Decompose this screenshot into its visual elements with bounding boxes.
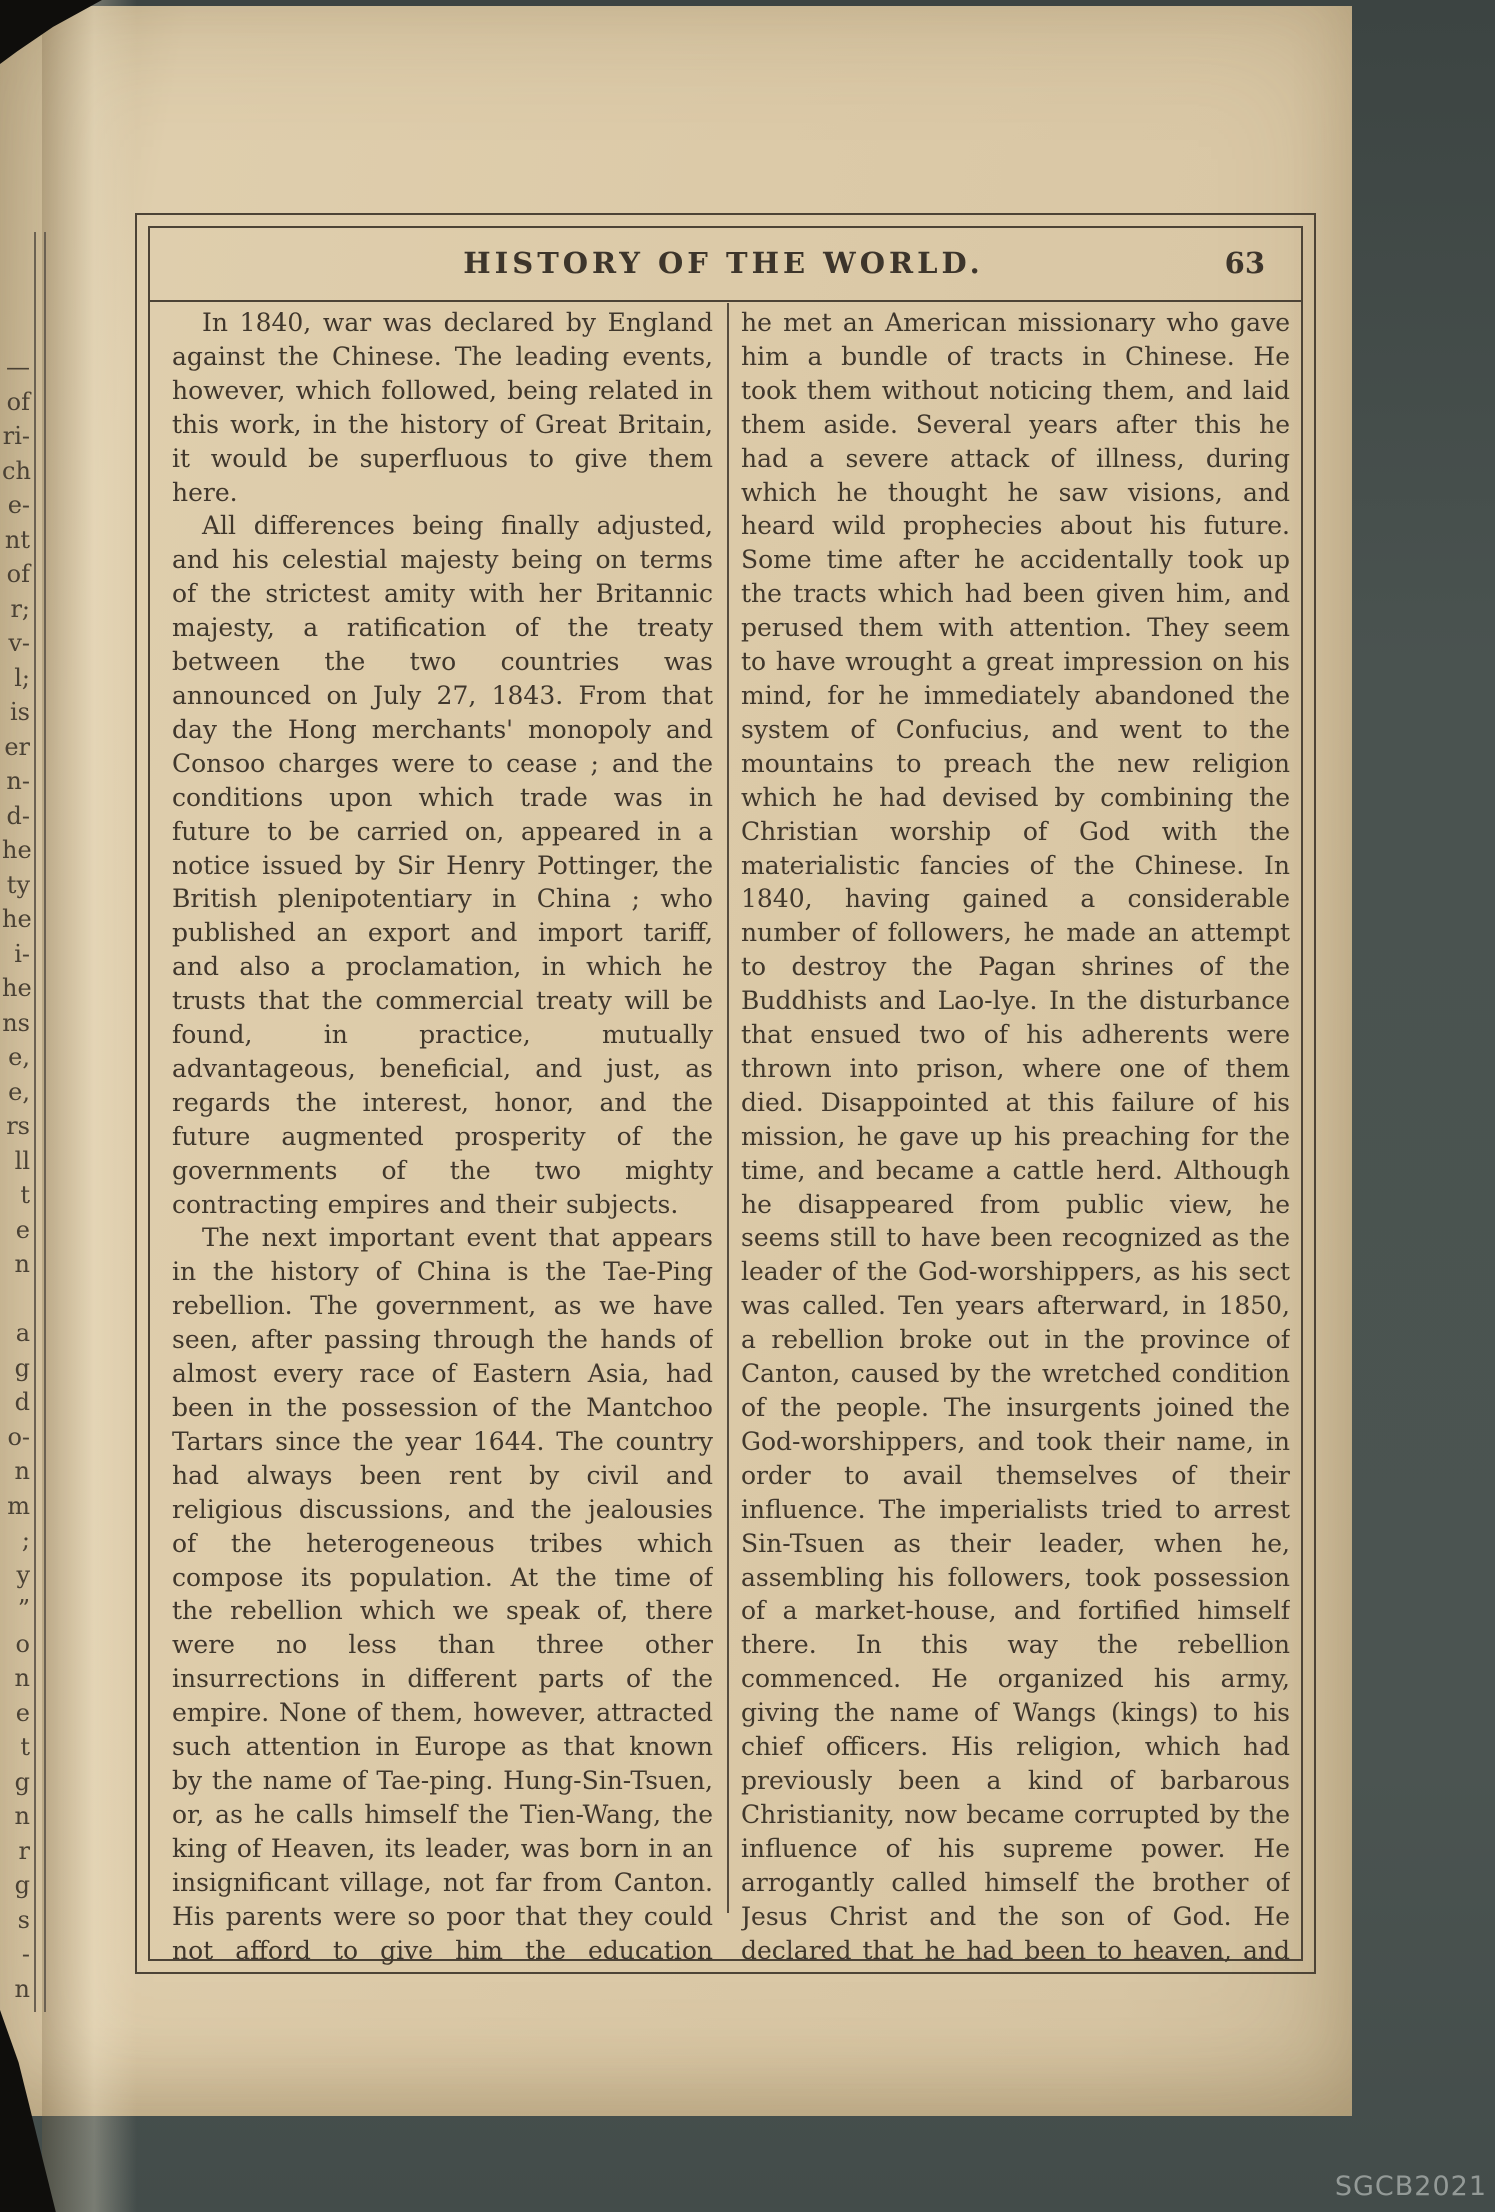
facing-page-text-fragment: ns <box>2 1006 30 1041</box>
facing-page-text-fragment: ri- <box>2 419 30 454</box>
facing-page-text-fragment: ch <box>2 454 30 489</box>
facing-page-text-fragment: e, <box>2 1040 30 1075</box>
facing-page-text-fragment: he <box>2 971 30 1006</box>
facing-page-text-fragment: n <box>2 1799 30 1834</box>
facing-page-text-fragment: l; <box>2 661 30 696</box>
facing-page-text-fragment: t <box>2 1730 30 1765</box>
facing-page-text-fragment: y <box>2 1558 30 1593</box>
facing-page-text-fragment: a <box>2 1316 30 1351</box>
facing-page-text-fragment: — <box>2 350 30 385</box>
facing-page-text-fragment: ll <box>2 1144 30 1179</box>
facing-page-text-fragment: r <box>2 1834 30 1869</box>
facing-page-text-fragment: n <box>2 1972 30 2007</box>
facing-page-text-fragment: n <box>2 1454 30 1489</box>
facing-page-border-line <box>34 232 46 2012</box>
facing-page-text-fragment: n <box>2 1661 30 1696</box>
left-column: In 1840, war was declared by England aga… <box>172 306 713 1966</box>
page-gutter-shading <box>42 0 137 2212</box>
facing-page-text-fragment: t <box>2 1178 30 1213</box>
facing-page-text-fragment: of <box>2 385 30 420</box>
facing-page-text-fragment: of <box>2 557 30 592</box>
book-photo: —ofri-che-ntofr;v-l;isern-d-hetyhei-hens… <box>0 0 1495 2212</box>
running-header: HISTORY OF THE WORLD. 63 <box>148 230 1299 298</box>
facing-page-text-fragment: e <box>2 1213 30 1248</box>
facing-page-text-fragment: rs <box>2 1109 30 1144</box>
facing-page-text-fragment: o <box>2 1627 30 1662</box>
facing-page-text-fragment: s <box>2 1903 30 1938</box>
facing-page-text-fragment: n- <box>2 764 30 799</box>
watermark: SGCB2021 <box>1335 2171 1487 2202</box>
facing-page-text-fragment: nt <box>2 523 30 558</box>
facing-page-text-fragment: d- <box>2 799 30 834</box>
left-column-paragraph: All differences being finally adjusted, … <box>172 509 713 1221</box>
page-title: HISTORY OF THE WORLD. <box>148 230 1299 280</box>
facing-page-text-fragment: e, <box>2 1075 30 1110</box>
facing-page-text-fragment: er <box>2 730 30 765</box>
facing-page-text-fragment: - <box>2 1937 30 1972</box>
facing-page-text-fragment: he <box>2 902 30 937</box>
facing-page-text-fragments: —ofri-che-ntofr;v-l;isern-d-hetyhei-hens… <box>2 350 30 2006</box>
facing-page-text-fragment: g <box>2 1765 30 1800</box>
facing-page-text-fragment: ; <box>2 1523 30 1558</box>
column-divider <box>727 303 729 1913</box>
facing-page-text-fragment: e <box>2 1696 30 1731</box>
facing-page-text-fragment: e- <box>2 488 30 523</box>
left-column-paragraph: In 1840, war was declared by England aga… <box>172 306 713 509</box>
facing-page-text-fragment: i- <box>2 937 30 972</box>
facing-page-text-fragment: ty <box>2 868 30 903</box>
facing-page-text-fragment: o- <box>2 1420 30 1455</box>
facing-page-text-fragment: g <box>2 1351 30 1386</box>
facing-page-text-fragment: n <box>2 1247 30 1282</box>
facing-page-text-fragment: r; <box>2 592 30 627</box>
right-column: he met an American missionary who gave h… <box>741 306 1290 1966</box>
left-column-paragraph: The next important event that appears in… <box>172 1221 713 1966</box>
facing-page-text-fragment: v- <box>2 626 30 661</box>
right-column-paragraph: he met an American missionary who gave h… <box>741 306 1290 1966</box>
facing-page-text-fragment: g <box>2 1868 30 1903</box>
facing-page-text-fragment: m <box>2 1489 30 1524</box>
header-rule <box>148 300 1303 302</box>
facing-page-text-fragment <box>2 1282 30 1317</box>
facing-page-text-fragment: d <box>2 1385 30 1420</box>
facing-page-text-fragment: he <box>2 833 30 868</box>
page-number: 63 <box>1225 246 1265 280</box>
facing-page-text-fragment: is <box>2 695 30 730</box>
facing-page-text-fragment: ” <box>2 1592 30 1627</box>
